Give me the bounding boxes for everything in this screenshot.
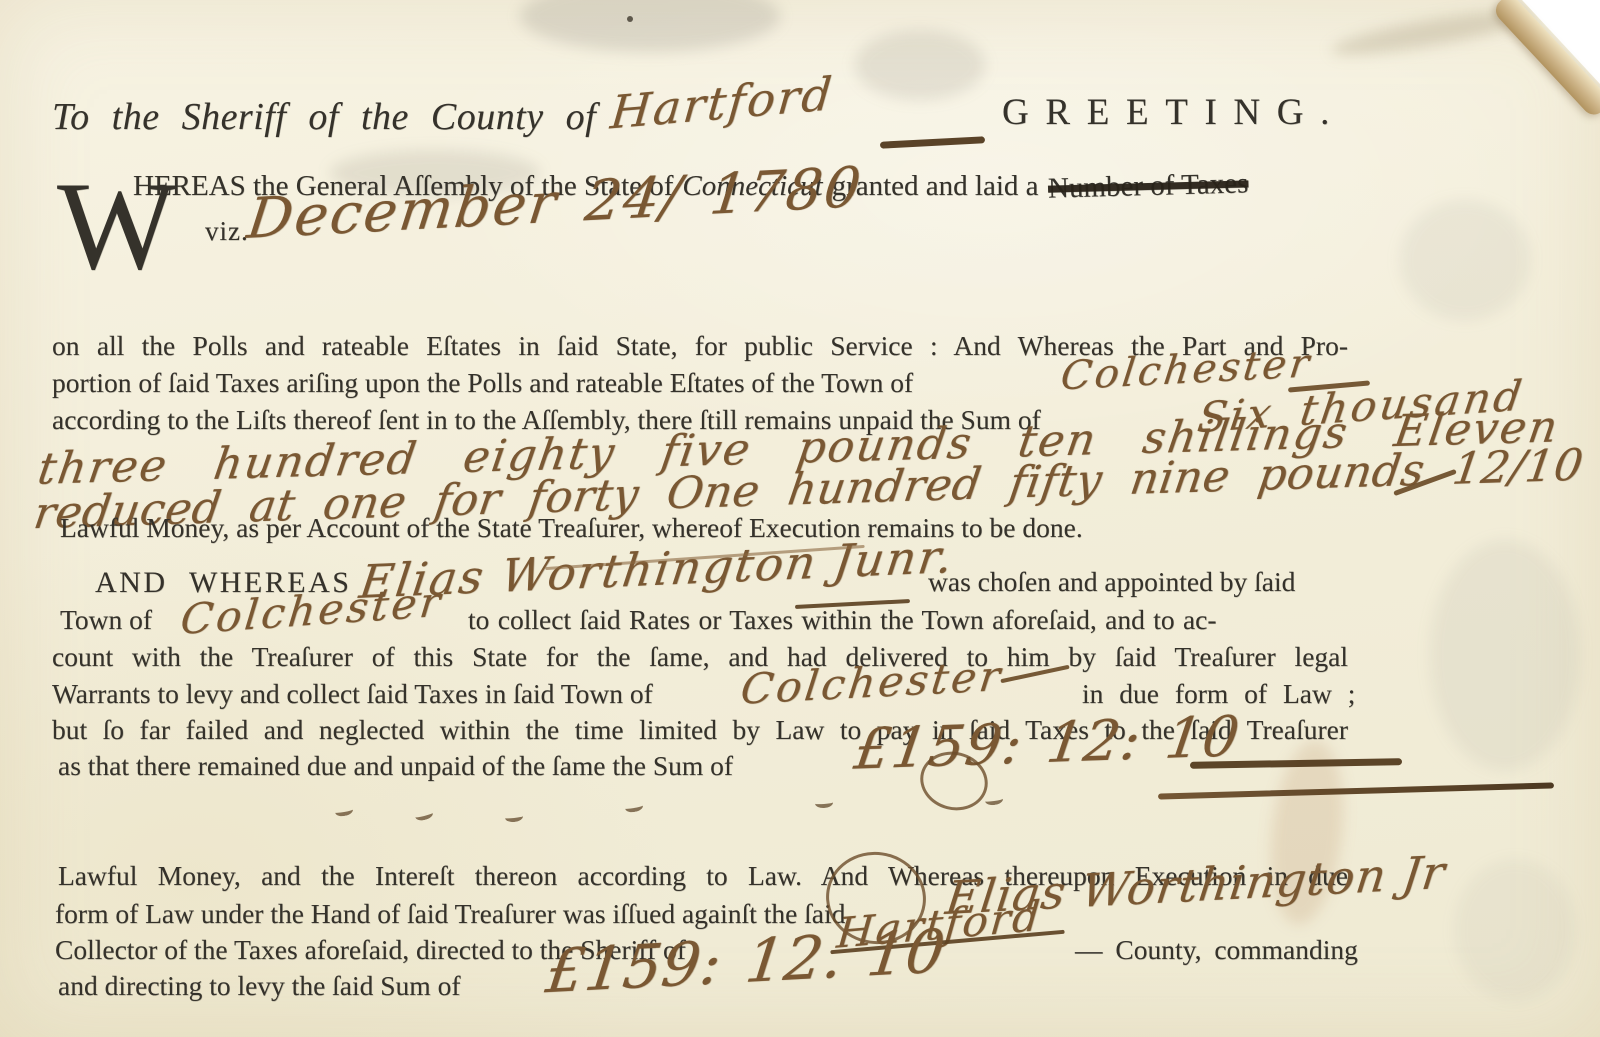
greeting-word: GREETING.	[1002, 92, 1346, 135]
paper-sheet: To the Sheriff of the County of Hartford…	[0, 0, 1600, 1037]
collector-line-2-rest: to collect ſaid Rates or Taxes within th…	[468, 604, 1217, 636]
document-scan: To the Sheriff of the County of Hartford…	[0, 0, 1600, 1037]
smudge-top-center	[520, 0, 780, 52]
viz-label: viz.	[205, 216, 249, 247]
amount-handwritten-1: £159: 12: 10	[851, 709, 1243, 778]
execution-line-4-start: and directing to levy the ſaid Sum of	[58, 970, 460, 1002]
collector-name-handwritten: Elias Worthington Junr.	[357, 533, 957, 605]
handwritten-dash-top	[880, 136, 985, 148]
ghost-writing-2	[1430, 540, 1580, 770]
struck-out-text: Number of Taxes	[1047, 167, 1248, 206]
ink-tick-3	[505, 811, 524, 823]
ink-tick-2	[414, 808, 434, 822]
ink-tick-1	[334, 805, 353, 818]
ghost-writing-3	[1455, 860, 1575, 1000]
long-ink-line	[1158, 782, 1554, 799]
town-handwritten-3: Colchester	[738, 655, 1005, 711]
execution-line-3-end: — County, commanding	[1075, 934, 1358, 966]
tax-line-2: portion of ſaid Taxes ariſing upon the P…	[52, 367, 913, 399]
ink-tick-6	[984, 794, 1003, 806]
ink-tick-5	[815, 797, 834, 808]
smudge-greeting	[855, 30, 985, 100]
collector-line-6-start: as that there remained due and unpaid of…	[58, 750, 733, 782]
execution-line-2-start: form of Law under the Hand of ſaid Treaſ…	[55, 898, 845, 930]
salutation-prefix: To the Sheriff of the County of	[52, 96, 596, 140]
collector-line-1-rest: was choſen and appointed by ſaid	[928, 566, 1295, 598]
county-handwritten-top: Hartford	[609, 70, 836, 135]
collector-line-4-start: Warrants to levy and collect ſaid Taxes …	[52, 678, 653, 710]
amount-handwritten-2: £159: 12. 10	[543, 922, 948, 1003]
ink-tick-4	[624, 801, 643, 814]
ink-speck	[627, 16, 633, 22]
collector-line-3: count with the Treaſurer of this State f…	[52, 641, 1348, 673]
collector-line-2-start: Town of	[60, 604, 152, 636]
ghost-writing-1	[1400, 200, 1530, 320]
